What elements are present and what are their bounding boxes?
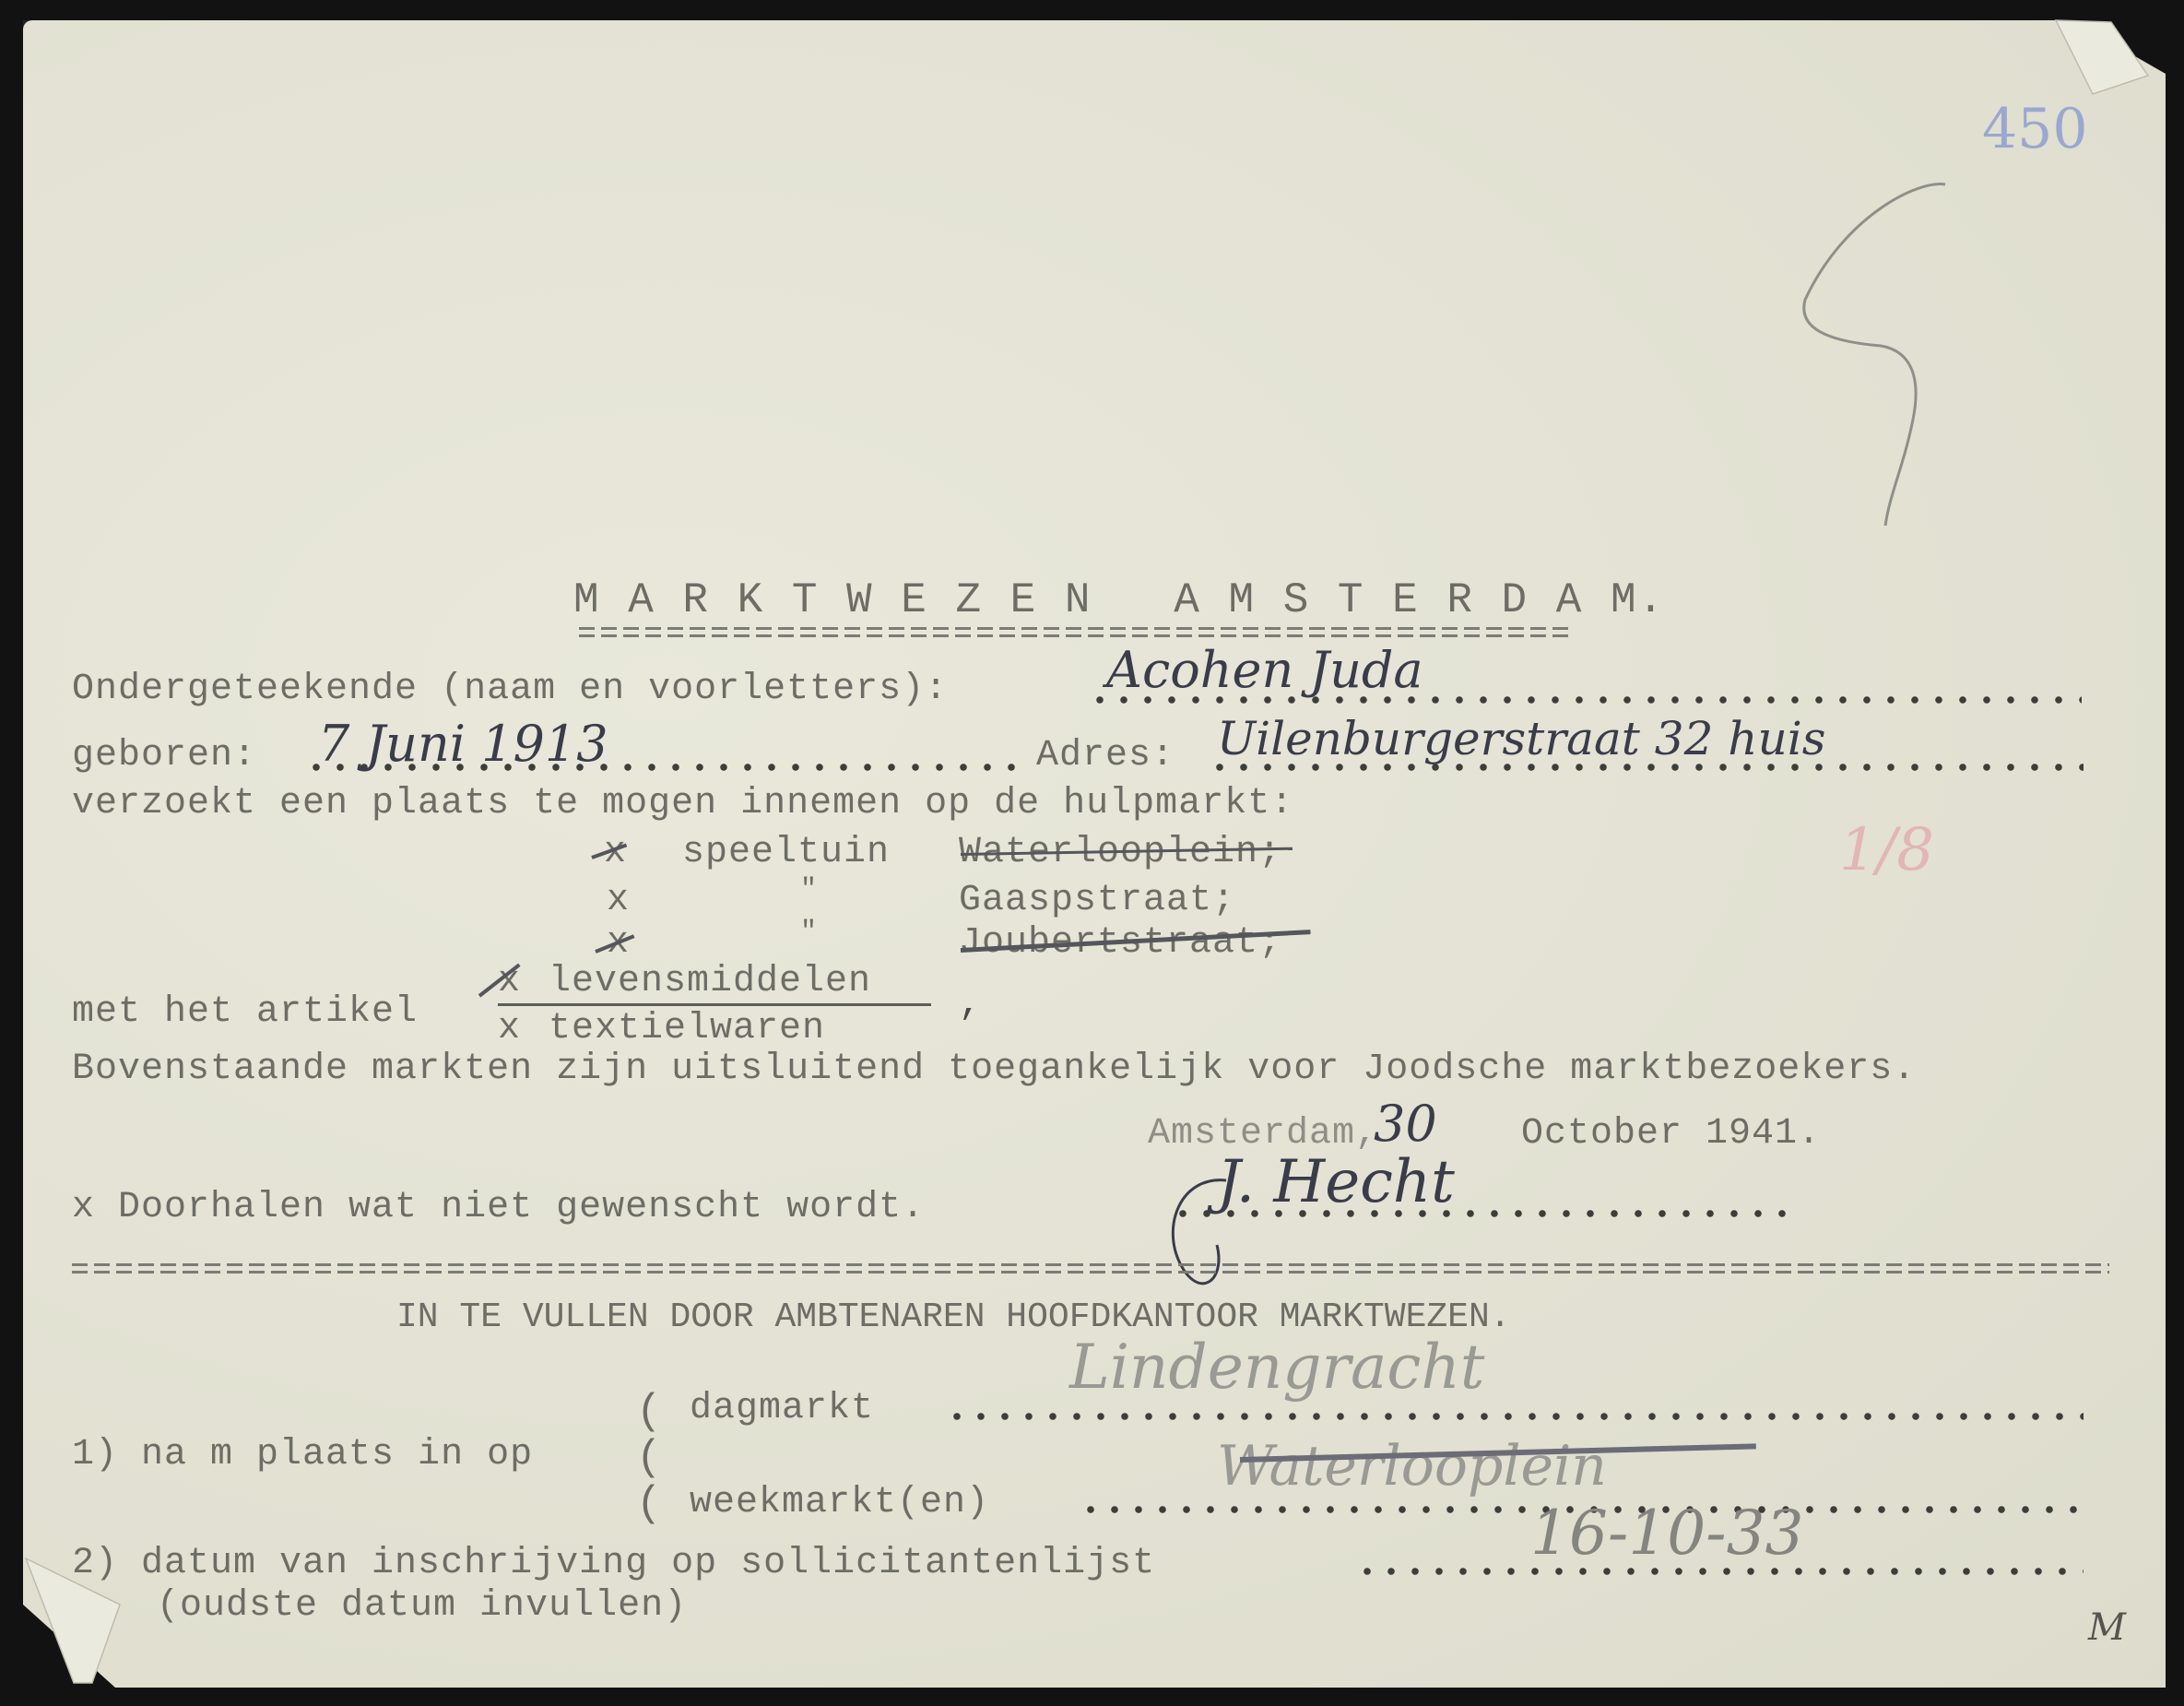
- birth-date-handwritten: 7 Juni 1913: [318, 719, 608, 769]
- market-type-1: speeltuin: [682, 835, 890, 871]
- folded-corner-top-right: [2056, 20, 2157, 103]
- date-month-year: October 1941.: [1521, 1116, 1821, 1153]
- signee-name-handwritten: Acohen Juda: [1106, 646, 1423, 695]
- place-label: Amsterdam,: [1148, 1116, 1378, 1153]
- address-label: Adres:: [1036, 738, 1175, 775]
- request-text: verzoekt een plaats te mogen innemen op …: [72, 786, 1293, 823]
- market-name-gaaspstraat: Gaaspstraat;: [959, 883, 1235, 919]
- brace-bottom: (: [636, 1480, 662, 1528]
- item2-note: (oudste datum invullen): [157, 1588, 687, 1625]
- brace-top: (: [636, 1388, 662, 1436]
- article-divider-line: [498, 1003, 931, 1006]
- market-type-3: ": [800, 918, 818, 946]
- document-title: M A R K T W E Z E N A M S T E R D A M.: [573, 579, 1665, 622]
- article-textielwaren: textielwaren: [549, 1011, 825, 1048]
- footnote-text: x Doorhalen wat niet gewenscht wordt.: [72, 1190, 925, 1226]
- article-label: met het artikel: [72, 994, 418, 1031]
- market-type-2: ": [800, 876, 818, 904]
- section-separator: [72, 1263, 2109, 1274]
- registration-dotted-field: [1355, 1568, 2084, 1575]
- day-handwritten: 30: [1374, 1099, 1437, 1149]
- address-handwritten: Uilenburgerstraat 32 huis: [1217, 716, 1825, 762]
- dagmarkt-label: dagmarkt: [690, 1391, 874, 1428]
- notice-text: Bovenstaande markten zijn uitsluitend to…: [72, 1051, 1916, 1088]
- registration-date-handwritten: 16-10-33: [1530, 1503, 1804, 1564]
- signee-label: Ondergeteekende (naam en voorletters):: [72, 671, 948, 708]
- dagmarkt-dotted-field: [945, 1413, 2084, 1420]
- market-mark-2: x: [607, 883, 630, 919]
- article-levensmiddelen: levensmiddelen: [549, 964, 871, 1001]
- dagmarkt-handwritten: Lindengracht: [1069, 1337, 1484, 1398]
- article-comma: ,: [959, 987, 982, 1024]
- office-heading: IN TE VULLEN DOOR AMBTENAREN HOOFDKANTOO…: [396, 1300, 1511, 1335]
- pencil-nine-mark: [1789, 180, 1973, 530]
- blue-corner-note: 450: [1982, 101, 2088, 157]
- article-mark-2: x: [498, 1011, 521, 1048]
- weekmarkt-label: weekmarkt(en): [690, 1485, 989, 1522]
- initials-mark: M: [2088, 1609, 2126, 1646]
- red-pencil-note: 1/8: [1839, 821, 1934, 880]
- born-label: geboren:: [72, 738, 256, 775]
- title-double-underline: [579, 627, 1575, 638]
- weekmarkt-handwritten: Waterlooplein: [1217, 1439, 1607, 1494]
- signature-loop-stroke: [1162, 1171, 1272, 1309]
- brace-middle: (: [636, 1434, 662, 1482]
- item2-label: 2) datum van inschrijving op sollicitant…: [72, 1546, 1155, 1582]
- item1-label: 1) na m plaats in op: [72, 1437, 533, 1474]
